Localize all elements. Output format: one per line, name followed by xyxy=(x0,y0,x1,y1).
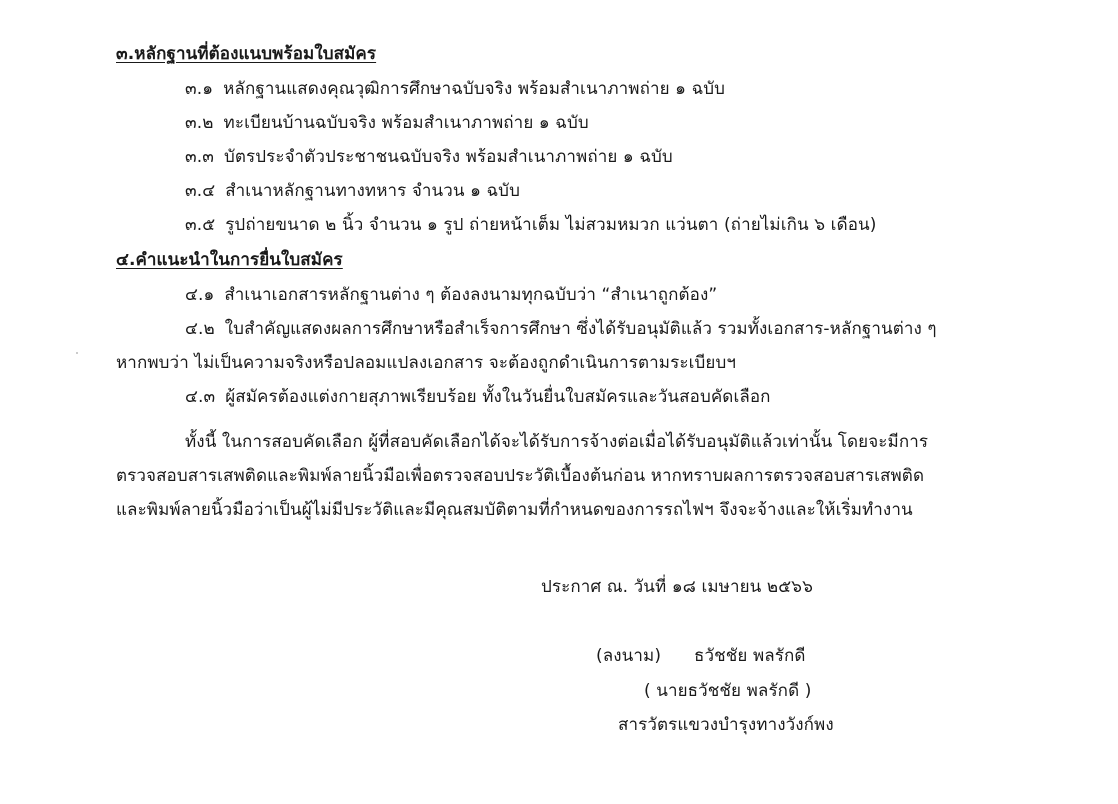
section-3-item-3: ๓.๓บัตรประจำตัวประชาชนฉบับจริง พร้อมสำเน… xyxy=(185,145,673,169)
item-text: สำเนาเอกสารหลักฐานต่าง ๆ ต้องลงนามทุกฉบั… xyxy=(224,285,717,305)
item-text: สำเนาหลักฐานทางทหาร จำนวน ๑ ฉบับ xyxy=(225,181,520,201)
scan-speck xyxy=(316,479,318,481)
item-number: ๓.๒ xyxy=(185,111,214,135)
item-text: ผู้สมัครต้องแต่งกายสุภาพเรียบร้อย ทั้งใน… xyxy=(225,387,770,407)
section-3-heading: ๓.หลักฐานที่ต้องแนบพร้อมใบสมัคร xyxy=(116,42,376,66)
announcement-date: ประกาศ ณ. วันที่ ๑๘ เมษายน ๒๕๖๖ xyxy=(541,575,813,599)
item-number: ๔.๓ xyxy=(185,385,215,409)
closing-paragraph-line-2: ตรวจสอบสารเสพติดและพิมพ์ลายนิ้วมือเพื่อต… xyxy=(116,464,924,488)
item-number: ๔.๒ xyxy=(185,317,215,341)
item-number: ๓.๑ xyxy=(185,77,213,101)
document-page: ๓.หลักฐานที่ต้องแนบพร้อมใบสมัคร ๓.๑หลักฐ… xyxy=(0,0,1118,804)
section-3-item-1: ๓.๑หลักฐานแสดงคุณวุฒิการศึกษาฉบับจริง พร… xyxy=(185,77,725,101)
signatory-full-name: ( นายธวัชชัย พลรักดี ) xyxy=(644,679,811,703)
item-text: บัตรประจำตัวประชาชนฉบับจริง พร้อมสำเนาภา… xyxy=(224,147,673,167)
section-4-item-1: ๔.๑สำเนาเอกสารหลักฐานต่าง ๆ ต้องลงนามทุก… xyxy=(185,283,717,307)
item-text: หลักฐานแสดงคุณวุฒิการศึกษาฉบับจริง พร้อม… xyxy=(223,79,725,99)
section-4-heading: ๔.คำแนะนำในการยื่นใบสมัคร xyxy=(116,248,343,272)
section-4-item-3: ๔.๓ผู้สมัครต้องแต่งกายสุภาพเรียบร้อย ทั้… xyxy=(185,385,771,409)
item-text: ทะเบียนบ้านฉบับจริง พร้อมสำเนาภาพถ่าย ๑ … xyxy=(224,113,589,133)
signed-name: ธวัชชัย พลรักดี xyxy=(694,644,806,668)
closing-paragraph-line-1: ทั้งนี้ ในการสอบคัดเลือก ผู้ที่สอบคัดเลื… xyxy=(185,430,928,454)
section-3-item-4: ๓.๔สำเนาหลักฐานทางทหาร จำนวน ๑ ฉบับ xyxy=(185,179,520,203)
section-4-item-2-continuation: หากพบว่า ไม่เป็นความจริงหรือปลอมแปลงเอกส… xyxy=(116,351,736,375)
item-number: ๓.๔ xyxy=(185,179,215,203)
item-number: ๓.๕ xyxy=(185,213,215,237)
closing-paragraph-line-3: และพิมพ์ลายนิ้วมือว่าเป็นผู้ไม่มีประวัติ… xyxy=(116,498,913,522)
signed-label: (ลงนาม) xyxy=(596,644,661,668)
scan-speck xyxy=(76,352,78,354)
section-3-item-5: ๓.๕รูปถ่ายขนาด ๒ นิ้ว จำนวน ๑ รูป ถ่ายหน… xyxy=(185,213,876,237)
item-text: รูปถ่ายขนาด ๒ นิ้ว จำนวน ๑ รูป ถ่ายหน้าเ… xyxy=(225,215,876,235)
item-number: ๓.๓ xyxy=(185,145,214,169)
signatory-position: สารวัตรแขวงบำรุงทางวังก์พง xyxy=(618,713,834,737)
item-text: ใบสำคัญแสดงผลการศึกษาหรือสำเร็จการศึกษา … xyxy=(225,319,937,339)
item-number: ๔.๑ xyxy=(185,283,214,307)
section-3-item-2: ๓.๒ทะเบียนบ้านฉบับจริง พร้อมสำเนาภาพถ่าย… xyxy=(185,111,589,135)
section-4-item-2: ๔.๒ใบสำคัญแสดงผลการศึกษาหรือสำเร็จการศึก… xyxy=(185,317,937,341)
